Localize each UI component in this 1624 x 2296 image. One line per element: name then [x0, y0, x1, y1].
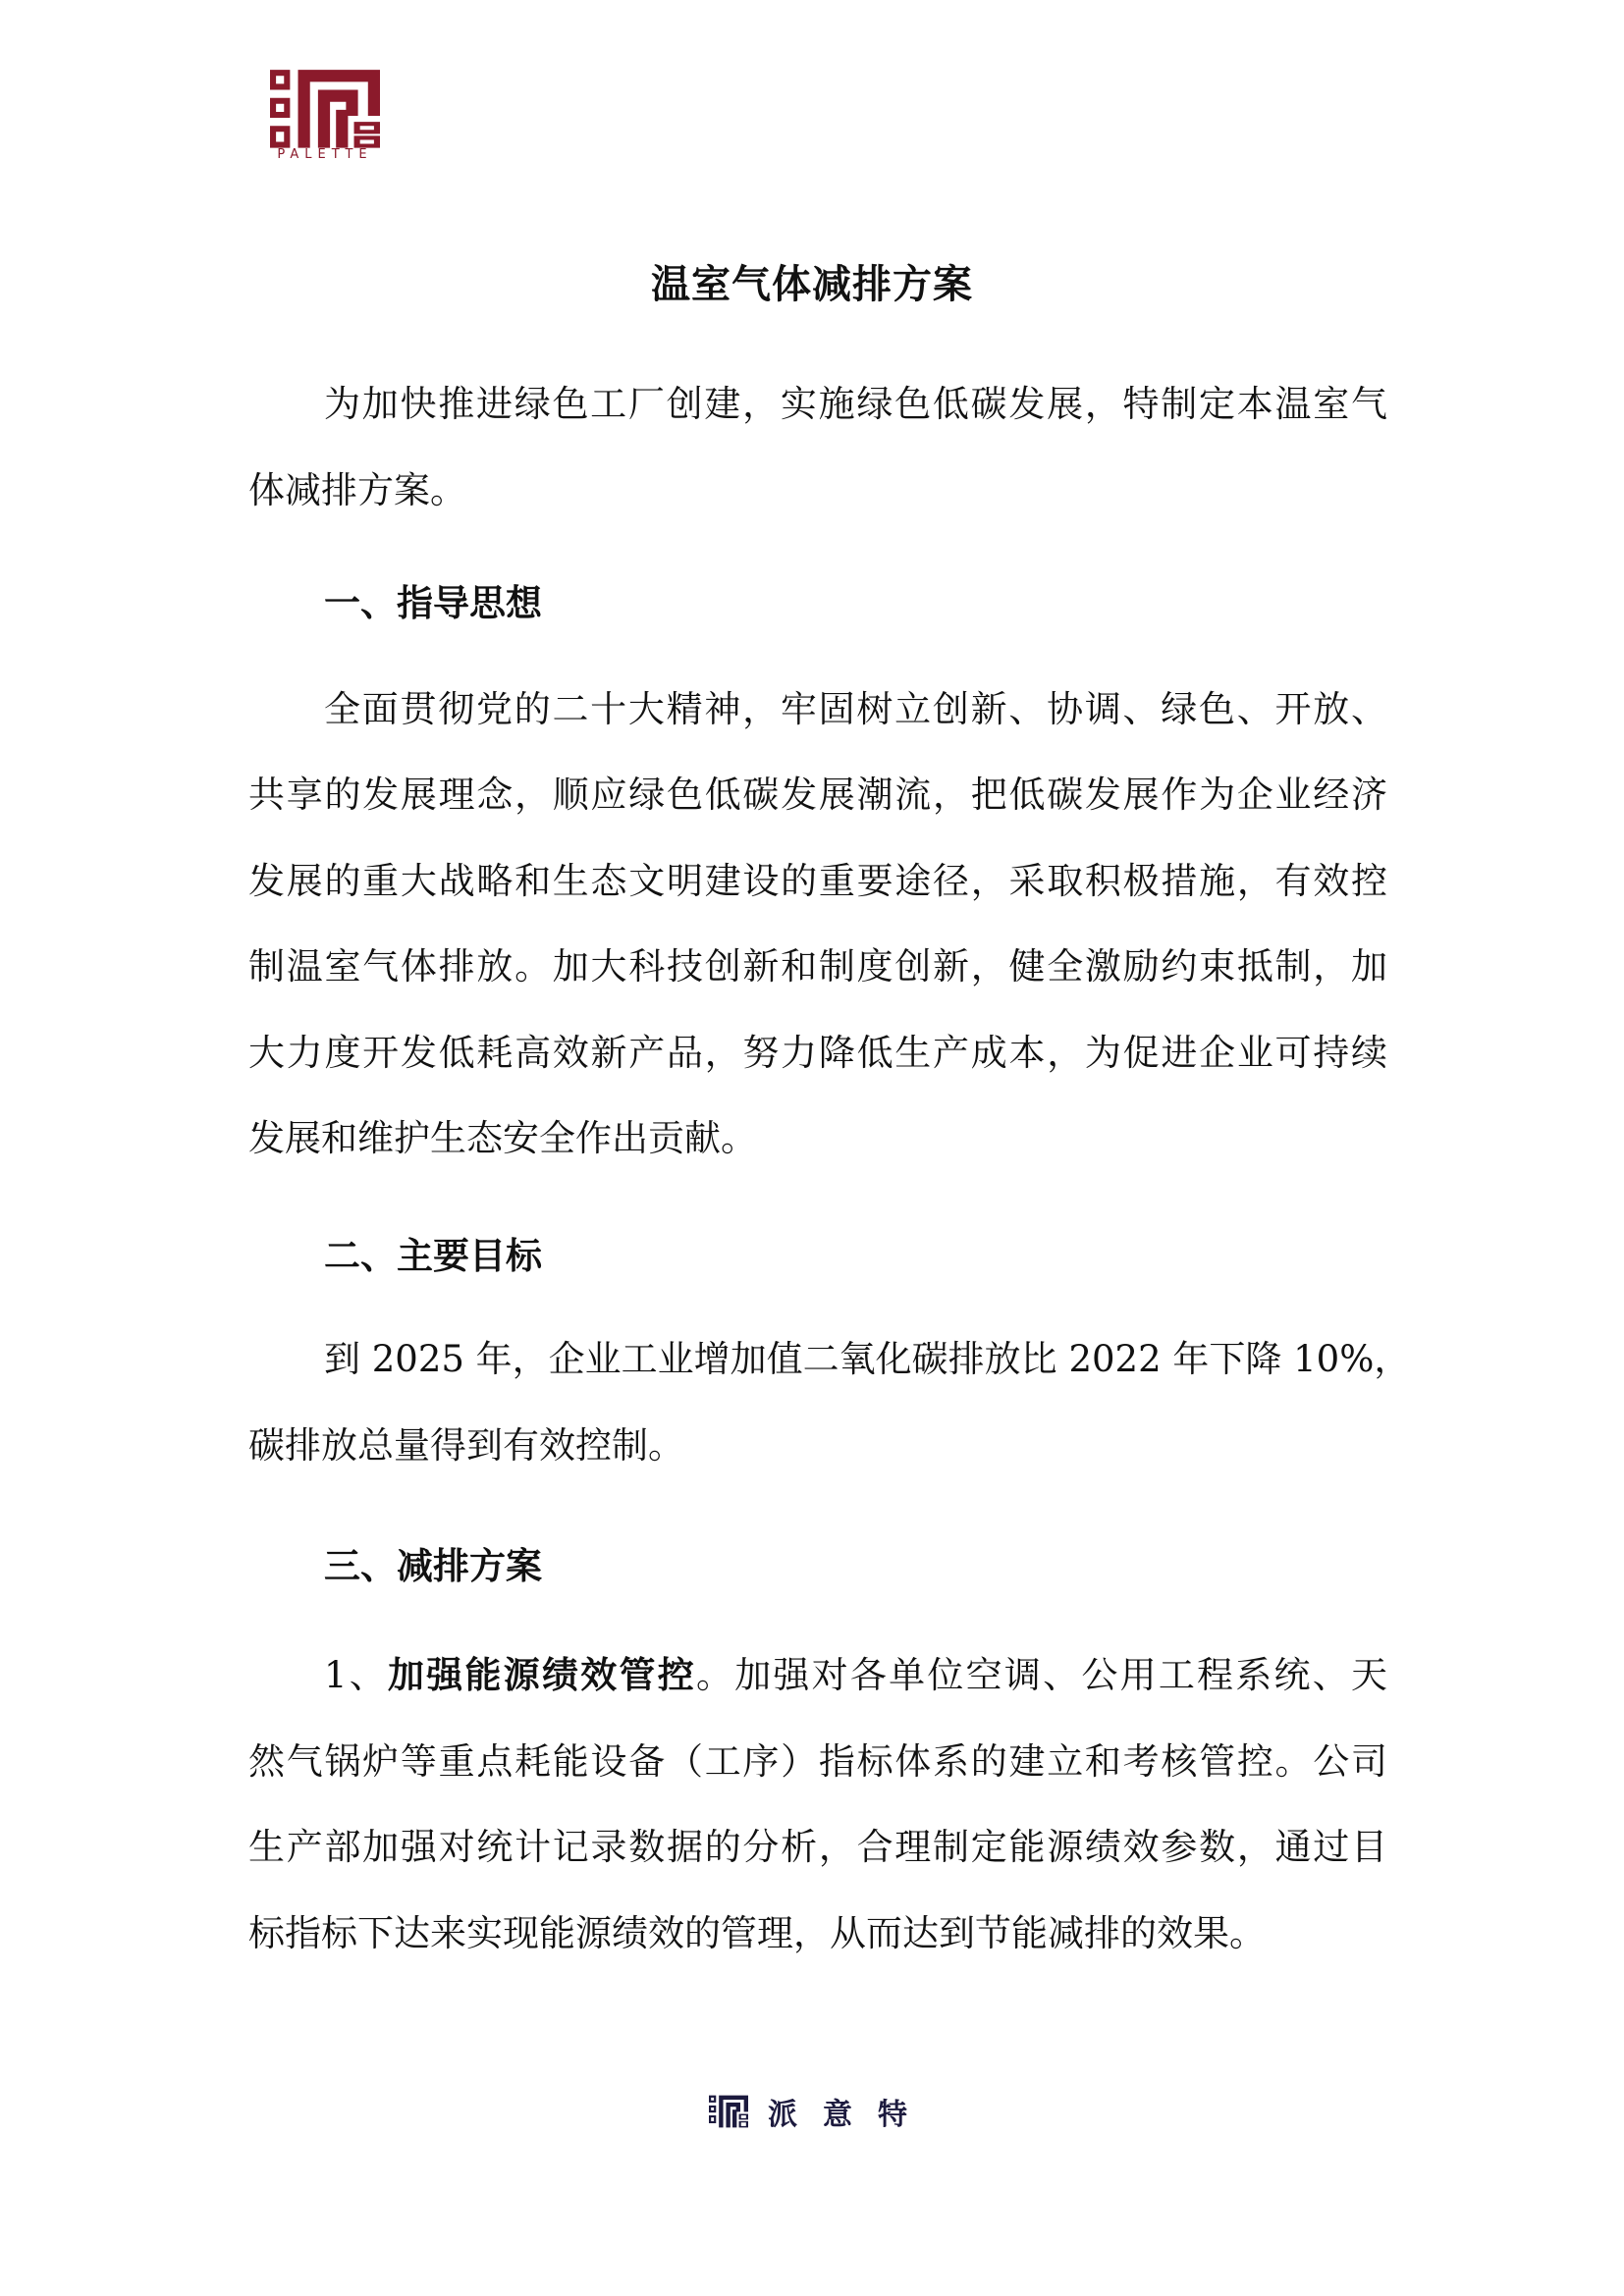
- paragraph-line: 制温室气体排放。加大科技创新和制度创新，健全激励约束抵制，加: [248, 944, 1387, 989]
- paragraph-line: 大力度开发低耗高效新产品，努力降低生产成本，为促进企业可持续: [248, 1031, 1387, 1076]
- section-heading-guiding-ideology: 一、指导思想: [324, 581, 542, 626]
- document-title: 温室气体减排方案: [0, 253, 1624, 309]
- page-footer: 派意特: [709, 2089, 933, 2134]
- list-item-1-first-line: 1、加强能源绩效管控。加强对各单位空调、公用工程系统、天: [324, 1653, 1387, 1698]
- intro-line-2: 体减排方案。: [248, 468, 1387, 513]
- section-heading-main-goals: 二、主要目标: [324, 1234, 542, 1279]
- item-text: 。加强对各单位空调、公用工程系统、天: [696, 1654, 1387, 1696]
- paragraph-line: 发展和维护生态安全作出贡献。: [248, 1116, 1387, 1161]
- footer-logo-icon: [709, 2090, 748, 2133]
- footer-brand-text: 派意特: [768, 2090, 933, 2133]
- item-bold-lead: 加强能源绩效管控: [388, 1654, 696, 1696]
- paragraph-line: 到 2025 年，企业工业增加值二氧化碳排放比 2022 年下降 10%，: [324, 1337, 1387, 1382]
- paragraph-line: 碳排放总量得到有效控制。: [248, 1423, 1387, 1468]
- palette-logo-text: PALETTE: [270, 147, 380, 162]
- paragraph-line: 共享的发展理念，顺应绿色低碳发展潮流，把低碳发展作为企业经济: [248, 773, 1387, 818]
- item-number: 1、: [324, 1654, 388, 1696]
- paragraph-line: 发展的重大战略和生态文明建设的重要途径，采取积极措施，有效控: [248, 859, 1387, 904]
- paragraph-line: 标指标下达来实现能源绩效的管理，从而达到节能减排的效果。: [248, 1911, 1387, 1956]
- section-heading-reduction-plan: 三、减排方案: [324, 1544, 542, 1589]
- paragraph-line: 全面贯彻党的二十大精神，牢固树立创新、协调、绿色、开放、: [324, 687, 1387, 732]
- intro-line-1: 为加快推进绿色工厂创建，实施绿色低碳发展，特制定本温室气: [324, 382, 1387, 427]
- paragraph-line: 生产部加强对统计记录数据的分析，合理制定能源绩效参数，通过目: [248, 1825, 1387, 1870]
- paragraph-line: 然气锅炉等重点耗能设备（工序）指标体系的建立和考核管控。公司: [248, 1739, 1387, 1785]
